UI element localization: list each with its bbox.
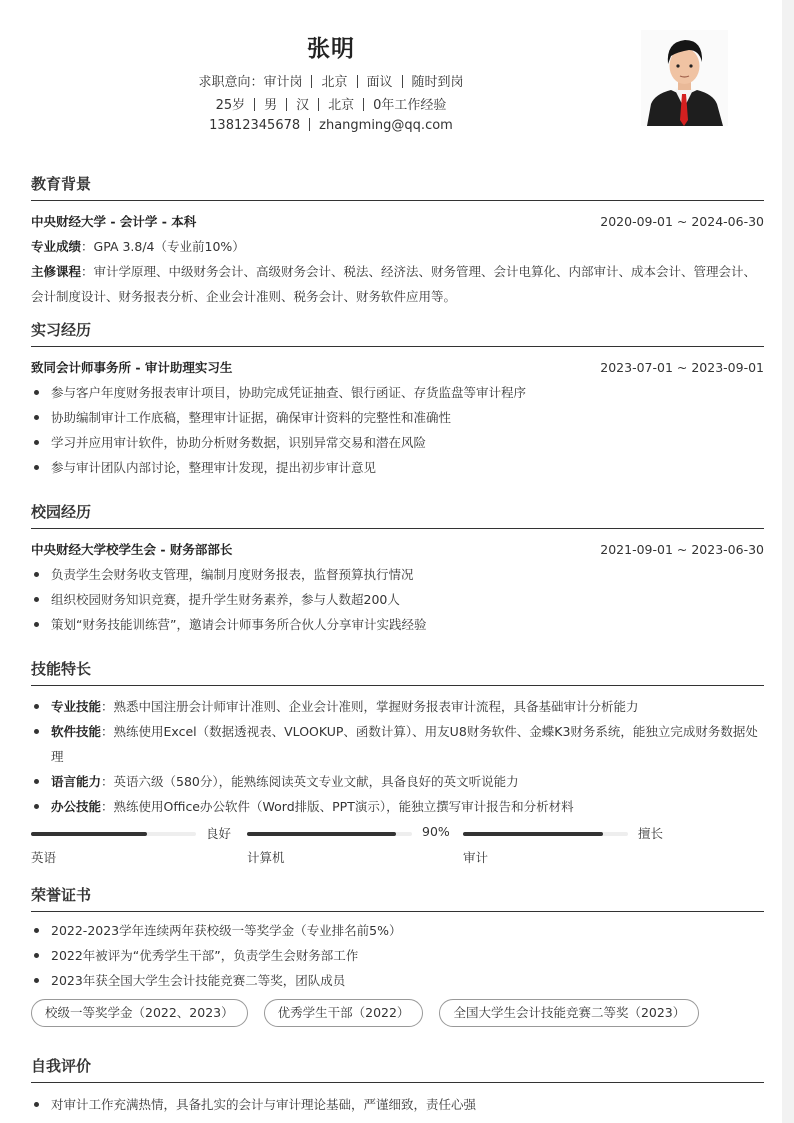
section-title: 荣誉证书 (31, 883, 764, 907)
section-divider (31, 200, 764, 201)
skill-item: 办公技能：熟练使用Office办公软件（Word排版、PPT演示），能独立撰写审… (31, 794, 764, 819)
gpa-value: ：GPA 3.8/4（专业前10%） (81, 239, 245, 254)
honor-tag: 校级一等奖学金（2022、2023） (31, 999, 248, 1027)
phone: 13812345678 (209, 118, 300, 133)
skill-name: 英语 (31, 848, 56, 866)
contact-line: 13812345678zhangming@qq.com (0, 118, 662, 133)
location: 北京 (328, 98, 354, 113)
skill-level: 良好 (206, 824, 231, 842)
avatar (641, 30, 728, 126)
gender: 男 (264, 98, 277, 113)
section-title: 技能特长 (31, 657, 764, 681)
honor-tag: 全国大学生会计技能竞赛二等奖（2023） (439, 999, 699, 1027)
progress-fill (463, 832, 603, 836)
section-title: 自我评价 (31, 1054, 764, 1078)
personal-info-line: 25岁男汉北京0年工作经验 (0, 94, 662, 113)
divider (363, 98, 364, 111)
skills-section: 技能特长 专业技能：熟悉中国注册会计师审计准则、企业会计准则，掌握财务报表审计流… (31, 657, 764, 819)
skill-label: 语言能力 (51, 774, 101, 789)
list-item: 学习并应用审计软件，协助分析财务数据，识别异常交易和潜在风险 (31, 430, 764, 455)
list-item: 负责学生会财务收支管理，编制月度财务报表，监督预算执行情况 (31, 562, 764, 587)
ethnicity: 汉 (296, 98, 309, 113)
divider (357, 75, 358, 88)
availability: 随时到岗 (412, 75, 464, 90)
job-intent: 求职意向：审计岗 (198, 75, 302, 90)
honor-tags: 校级一等奖学金（2022、2023） 优秀学生干部（2022） 全国大学生会计技… (31, 999, 764, 1027)
divider (311, 75, 312, 88)
progress-fill (247, 832, 396, 836)
company-role: 致同会计师事务所 - 审计助理实习生 (31, 355, 232, 380)
skill-text: ：熟练使用Excel（数据透视表、VLOOKUP、函数计算）、用友U8财务软件、… (51, 724, 758, 764)
progress-track (31, 832, 196, 836)
candidate-name: 张明 (0, 30, 662, 63)
internship-header: 致同会计师事务所 - 审计助理实习生 2023-07-01 ~ 2023-09-… (31, 355, 764, 380)
divider (254, 98, 255, 111)
section-title: 教育背景 (31, 172, 764, 196)
honor-tag: 优秀学生干部（2022） (264, 999, 424, 1027)
skill-text: ：熟练使用Office办公软件（Word排版、PPT演示），能独立撰写审计报告和… (101, 799, 574, 814)
skill-level: 90% (422, 824, 450, 839)
campus-section: 校园经历 中央财经大学校学生会 - 财务部部长 2021-09-01 ~ 202… (31, 500, 764, 637)
skill-name: 计算机 (247, 848, 285, 866)
resume-header: 张明 求职意向：审计岗北京面议随时到岗 25岁男汉北京0年工作经验 138123… (0, 0, 782, 150)
list-item: 组织校园财务知识竞赛，提升学生财务素养，参与人数超200人 (31, 587, 764, 612)
list-item: 2023年获全国大学生会计技能竞赛二等奖，团队成员 (31, 968, 764, 993)
divider (286, 98, 287, 111)
scrollbar[interactable] (782, 0, 794, 1123)
education-section: 教育背景 中央财经大学 - 会计学 - 本科 2020-09-01 ~ 2024… (31, 172, 764, 309)
salary: 面议 (367, 75, 393, 90)
list-item: 参与审计团队内部讨论，整理审计发现，提出初步审计意见 (31, 455, 764, 480)
section-divider (31, 528, 764, 529)
skill-level: 擅长 (638, 824, 663, 842)
divider (318, 98, 319, 111)
gpa-label: 专业成绩 (31, 239, 81, 254)
education-header: 中央财经大学 - 会计学 - 本科 2020-09-01 ~ 2024-06-3… (31, 209, 764, 234)
honors-section: 荣誉证书 2022-2023学年连续两年获校级一等奖学金（专业排名前5%） 20… (31, 883, 764, 1027)
org-role: 中央财经大学校学生会 - 财务部部长 (31, 537, 232, 562)
list-item: 策划“财务技能训练营”，邀请会计师事务所合伙人分享审计实践经验 (31, 612, 764, 637)
courses-value: ：审计学原理、中级财务会计、高级财务会计、税法、经济法、财务管理、会计电算化、内… (31, 264, 756, 304)
school-name: 中央财经大学 - 会计学 - 本科 (31, 209, 196, 234)
progress-fill (31, 832, 147, 836)
skill-name: 审计 (463, 848, 488, 866)
gpa-row: 专业成绩：GPA 3.8/4（专业前10%） (31, 234, 764, 259)
list-item: 2022-2023学年连续两年获校级一等奖学金（专业排名前5%） (31, 918, 764, 943)
list-item: 2022年被评为“优秀学生干部”，负责学生会财务部工作 (31, 943, 764, 968)
section-title: 实习经历 (31, 318, 764, 342)
list-item: 参与客户年度财务报表审计项目，协助完成凭证抽查、银行函证、存货监盘等审计程序 (31, 380, 764, 405)
list-item: 对审计工作充满热情，具备扎实的会计与审计理论基础，严谨细致，责任心强 (31, 1092, 764, 1117)
job-city: 北京 (321, 75, 347, 90)
skill-label: 办公技能 (51, 799, 101, 814)
skill-text: ：熟悉中国注册会计师审计准则、企业会计准则，掌握财务报表审计流程，具备基础审计分… (101, 699, 639, 714)
courses-row: 主修课程：审计学原理、中级财务会计、高级财务会计、税法、经济法、财务管理、会计电… (31, 259, 764, 309)
skill-text: ：英语六级（580分），能熟练阅读英文专业文献，具备良好的英文听说能力 (101, 774, 519, 789)
resume-page: 张明 求职意向：审计岗北京面议随时到岗 25岁男汉北京0年工作经验 138123… (0, 0, 782, 1123)
section-title: 校园经历 (31, 500, 764, 524)
section-divider (31, 346, 764, 347)
experience: 0年工作经验 (373, 98, 446, 113)
progress-track (463, 832, 628, 836)
skill-bars: 良好 英语 90% 计算机 擅长 审计 (31, 826, 764, 866)
education-date: 2020-09-01 ~ 2024-06-30 (600, 209, 764, 234)
skill-item: 专业技能：熟悉中国注册会计师审计准则、企业会计准则，掌握财务报表审计流程，具备基… (31, 694, 764, 719)
campus-date: 2021-09-01 ~ 2023-06-30 (600, 537, 764, 562)
internship-date: 2023-07-01 ~ 2023-09-01 (600, 355, 764, 380)
age: 25岁 (216, 98, 246, 113)
internship-section: 实习经历 致同会计师事务所 - 审计助理实习生 2023-07-01 ~ 202… (31, 318, 764, 480)
campus-header: 中央财经大学校学生会 - 财务部部长 2021-09-01 ~ 2023-06-… (31, 537, 764, 562)
skill-label: 软件技能 (51, 724, 101, 739)
avatar-portrait-icon (641, 30, 728, 126)
courses-label: 主修课程 (31, 264, 81, 279)
skill-item: 语言能力：英语六级（580分），能熟练阅读英文专业文献，具备良好的英文听说能力 (31, 769, 764, 794)
list-item: 协助编制审计工作底稿，整理审计证据，确保审计资料的完整性和准确性 (31, 405, 764, 430)
skill-item: 软件技能：熟练使用Excel（数据透视表、VLOOKUP、函数计算）、用友U8财… (31, 719, 764, 769)
self-eval-section: 自我评价 对审计工作充满热情，具备扎实的会计与审计理论基础，严谨细致，责任心强 (31, 1054, 764, 1117)
email: zhangming@qq.com (319, 118, 453, 133)
job-intent-line: 求职意向：审计岗北京面议随时到岗 (0, 71, 662, 90)
progress-track (247, 832, 412, 836)
divider (402, 75, 403, 88)
skill-label: 专业技能 (51, 699, 101, 714)
divider (309, 118, 310, 131)
